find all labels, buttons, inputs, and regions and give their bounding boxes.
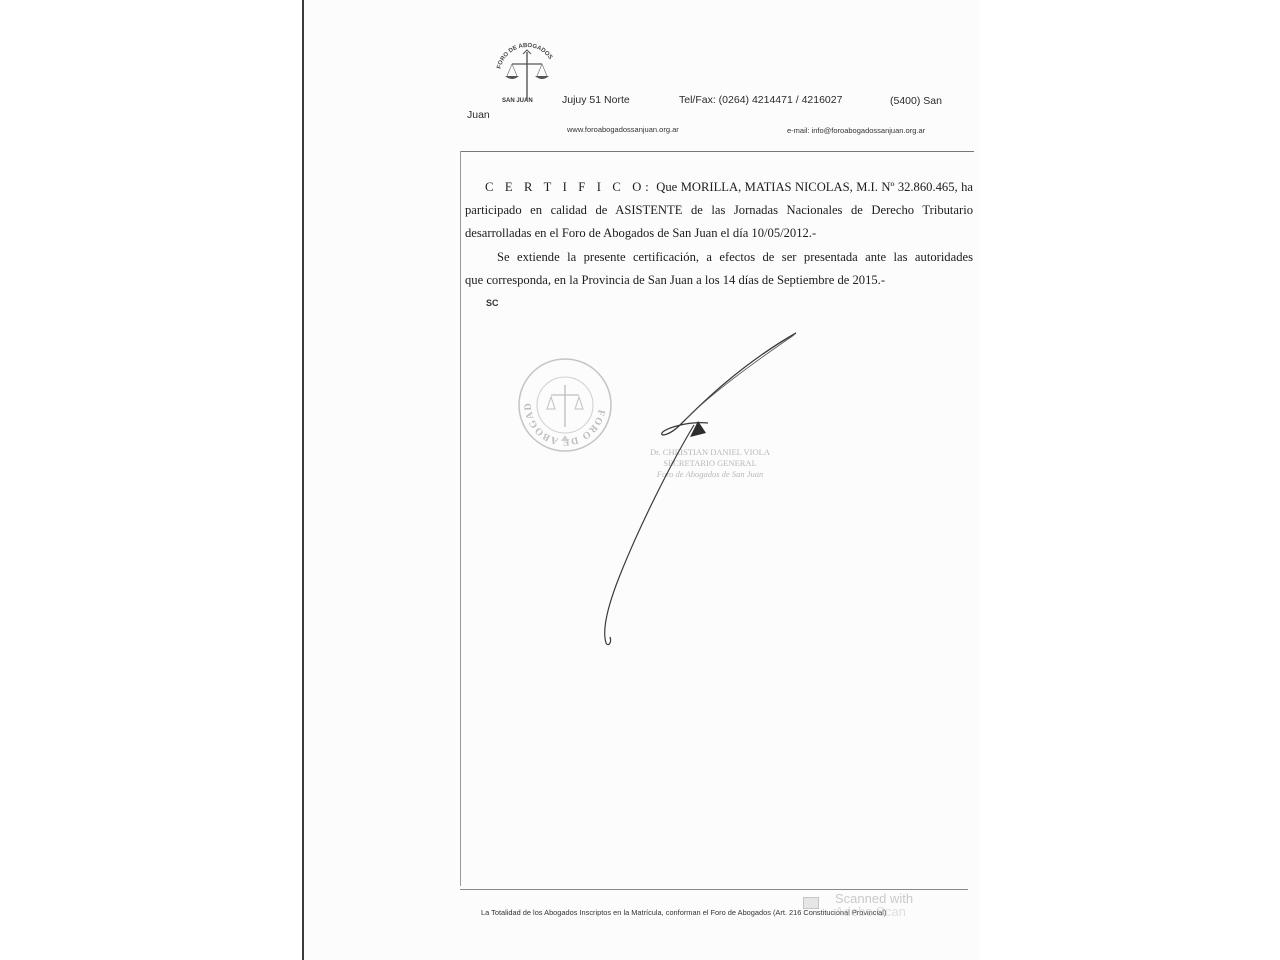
para1-line-3: desarrolladas en el Foro de Abogados de …: [465, 222, 973, 245]
left-margin-line: [460, 151, 461, 886]
para2-line-1: Se extiende la presente certificación, a…: [465, 246, 973, 269]
certificate-paragraph-2: Se extiende la presente certificación, a…: [465, 246, 973, 292]
initials: SC: [486, 298, 499, 308]
scan-watermark: Scanned with Adobe Scan: [835, 892, 913, 918]
certifico-heading: C E R T I F I C O:: [485, 180, 653, 194]
logo-subtitle: SAN JUAN: [502, 98, 533, 104]
website-link[interactable]: www.foroabogadossanjuan.org.ar: [567, 125, 679, 134]
para1-line-1: Que MORILLA, MATIAS NICOLAS, M.I. Nº 32.…: [656, 180, 973, 194]
watermark-line-2: Adobe Scan: [835, 905, 913, 918]
handwritten-signature: [590, 325, 810, 665]
para1-line-2: participado en calidad de ASISTENTE de l…: [465, 199, 973, 222]
adobe-scan-icon: [803, 897, 819, 909]
city-wrap: Juan: [467, 109, 490, 121]
address: Jujuy 51 Norte: [562, 94, 630, 106]
footer-divider: [460, 889, 968, 890]
certificate-paragraph-1: C E R T I F I C O: Que MORILLA, MATIAS N…: [465, 176, 973, 245]
email-link[interactable]: e-mail: info@foroabogadossanjuan.org.ar: [787, 126, 925, 135]
para2-line-2: que corresponda, en la Provincia de San …: [465, 269, 973, 292]
header-divider: [460, 151, 974, 152]
phone-fax: Tel/Fax: (0264) 4214471 / 4216027: [679, 94, 842, 106]
logo-ring-text: FORO DE ABOGADOS: [497, 43, 554, 70]
postal-code: (5400) San: [890, 95, 942, 107]
svg-text:FORO DE ABOGADOS: FORO DE ABOGADOS: [497, 43, 554, 70]
